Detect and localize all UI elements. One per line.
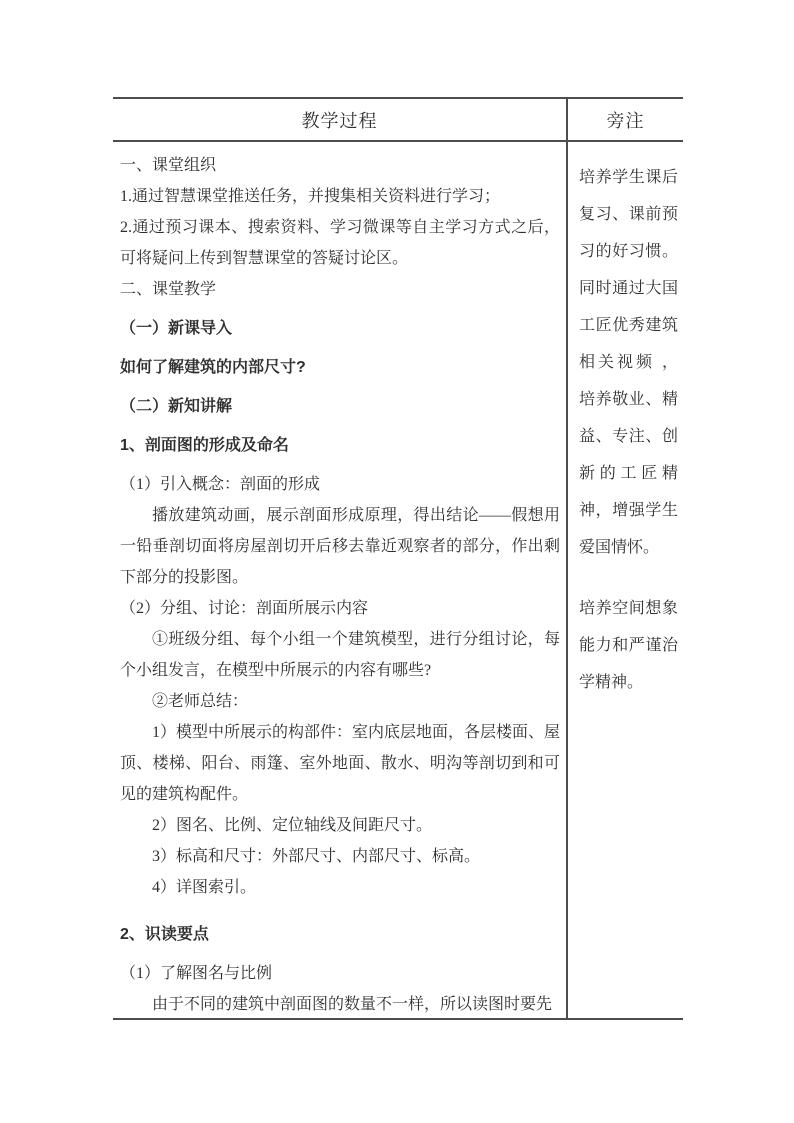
paragraph-grouping: ①班级分组、每个小组一个建筑模型，进行分组讨论，每个小组发言，在模型中所展示的内… <box>120 624 560 686</box>
header-cell-side-note: 旁注 <box>566 99 683 140</box>
paragraph-section-1: 一、课堂组织 <box>120 150 560 181</box>
paragraph-teacher-summary: ②老师总结： <box>120 686 560 717</box>
lesson-plan-table: 教学过程 旁注 一、课堂组织 1.通过智慧课堂推送任务，并搜集相关资料进行学习；… <box>113 97 683 1020</box>
paragraph-task-1: 1.通过智慧课堂推送任务，并搜集相关资料进行学习； <box>120 181 560 212</box>
paragraph-section-2: 二、课堂教学 <box>120 274 560 305</box>
side-note-habit: 培养学生课后复习、课前预习的好习惯。同时通过大国工匠优秀建筑相关视频 ，培养敬业… <box>579 159 678 566</box>
table-header-row: 教学过程 旁注 <box>113 99 683 142</box>
document-page: 教学过程 旁注 一、课堂组织 1.通过智慧课堂推送任务，并搜集相关资料进行学习；… <box>0 0 794 1123</box>
paragraph-reading-note: 由于不同的建筑中剖面图的数量不一样，所以读图时要先 <box>120 989 560 1018</box>
paragraph-drawing-name: 2）图名、比例、定位轴线及间距尺寸。 <box>120 810 560 841</box>
paragraph-animation: 播放建筑动画，展示剖面形成原理，得出结论——假想用一铅垂剖切面将房屋剖切开后移去… <box>120 500 560 593</box>
teaching-process-label: 教学过程 <box>302 107 378 133</box>
teaching-process-cell: 一、课堂组织 1.通过智慧课堂推送任务，并搜集相关资料进行学习； 2.通过预习课… <box>113 142 566 1018</box>
heading-new-lesson-intro: （一）新课导入 <box>120 313 560 344</box>
paragraph-detail-index: 4）详图索引。 <box>120 872 560 903</box>
header-cell-teaching-process: 教学过程 <box>113 99 566 140</box>
paragraph-task-2: 2.通过预习课本、搜索资料、学习微课等自主学习方式之后，可将疑问上传到智慧课堂的… <box>120 212 560 274</box>
side-note-label: 旁注 <box>607 107 645 133</box>
paragraph-elevation-size: 3）标高和尺寸：外部尺寸、内部尺寸、标高。 <box>120 841 560 872</box>
paragraph-components: 1）模型中所展示的构部件：室内底层地面，各层楼面、屋顶、楼梯、阳台、雨篷、室外地… <box>120 717 560 810</box>
heading-new-knowledge: （二）新知讲解 <box>120 391 560 422</box>
table-body-row: 一、课堂组织 1.通过智慧课堂推送任务，并搜集相关资料进行学习； 2.通过预习课… <box>113 142 683 1018</box>
paragraph-concept-intro: （1）引入概念：剖面的形成 <box>120 469 560 500</box>
side-note-spatial: 培养空间想象能力和严谨治学精神。 <box>579 590 678 701</box>
paragraph-group-discussion: （2）分组、讨论：剖面所展示内容 <box>120 593 560 624</box>
paragraph-name-scale: （1）了解图名与比例 <box>120 958 560 989</box>
side-note-cell: 培养学生课后复习、课前预习的好习惯。同时通过大国工匠优秀建筑相关视频 ，培养敬业… <box>566 142 683 1018</box>
heading-topic-2: 2、识读要点 <box>120 919 560 950</box>
heading-lead-question: 如何了解建筑的内部尺寸? <box>120 352 560 383</box>
heading-topic-1: 1、剖面图的形成及命名 <box>120 430 560 461</box>
